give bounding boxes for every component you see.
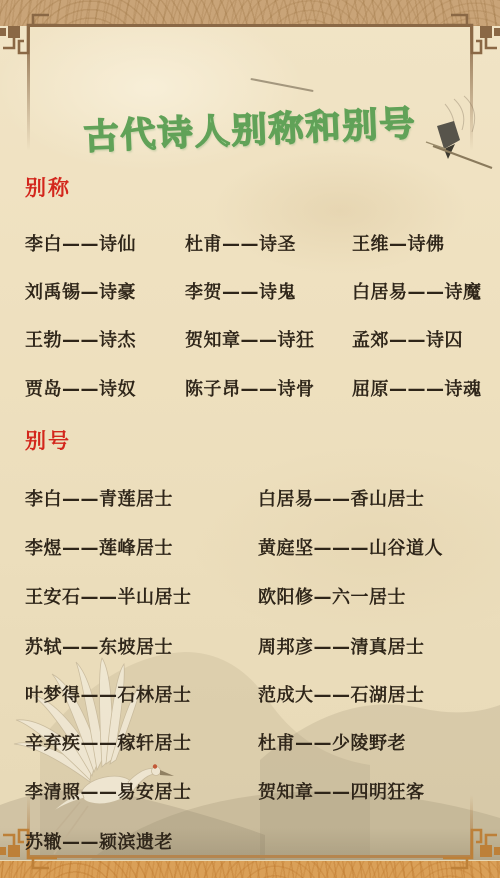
- poet-hao-item: 李煜——莲峰居士: [25, 534, 173, 560]
- frame-line-top: [30, 24, 470, 27]
- meander-corner-ornament-top-right: [443, 5, 500, 69]
- poet-alias-item: 刘禹锡—诗豪: [25, 278, 136, 304]
- poet-hao-item: 苏辙——颍滨遗老: [25, 828, 173, 854]
- poet-alias-item: 李贺——诗鬼: [185, 278, 296, 304]
- poet-alias-item: 屈原———诗魂: [352, 375, 482, 401]
- meander-corner-ornament-bottom-right: [443, 814, 500, 878]
- poet-alias-item: 贾岛——诗奴: [25, 375, 136, 401]
- poet-hao-item: 欧阳修—六一居士: [258, 583, 406, 609]
- bottom-pattern-band: [0, 861, 500, 878]
- ink-stroke-accent: [250, 78, 313, 92]
- poet-hao-item: 范成大——石湖居士: [258, 681, 425, 707]
- section-heading-biehao: 别号: [25, 425, 71, 455]
- frame-line-bottom: [28, 855, 472, 858]
- poet-alias-item: 李白——诗仙: [25, 230, 136, 256]
- poet-hao-item: 李清照——易安居士: [25, 778, 192, 804]
- poet-hao-item: 贺知章——四明狂客: [258, 778, 425, 804]
- poet-hao-item: 王安石——半山居士: [25, 583, 192, 609]
- meander-corner-ornament-top-left: [0, 5, 57, 69]
- poet-alias-item: 陈子昂——诗骨: [185, 375, 315, 401]
- poet-alias-item: 王勃——诗杰: [25, 326, 136, 352]
- poet-hao-item: 叶梦得——石林居士: [25, 681, 192, 707]
- poet-alias-item: 王维—诗佛: [352, 230, 445, 256]
- section-heading-biecheng: 别称: [25, 172, 71, 202]
- page-title: 古代诗人别称和别号: [37, 94, 463, 162]
- poet-hao-item: 杜甫——少陵野老: [258, 729, 406, 755]
- top-pattern-band: [0, 0, 500, 26]
- poet-hao-item: 周邦彦——清真居士: [258, 633, 425, 659]
- poet-hao-item: 白居易——香山居士: [258, 485, 425, 511]
- poet-hao-item: 李白——青莲居士: [25, 485, 173, 511]
- poet-alias-item: 贺知章——诗狂: [185, 326, 315, 352]
- poet-hao-item: 苏轼——东坡居士: [25, 633, 173, 659]
- poet-hao-item: 辛弃疾——稼轩居士: [25, 729, 192, 755]
- poet-alias-item: 白居易——诗魔: [352, 278, 482, 304]
- poet-hao-item: 黄庭坚———山谷道人: [258, 534, 443, 560]
- poet-alias-item: 杜甫——诗圣: [185, 230, 296, 256]
- poster-canvas: 古代诗人别称和别号 别称 李白——诗仙 杜甫——诗圣 王维—诗佛 刘禹锡—诗豪 …: [0, 0, 500, 878]
- poet-alias-item: 孟郊——诗囚: [352, 326, 463, 352]
